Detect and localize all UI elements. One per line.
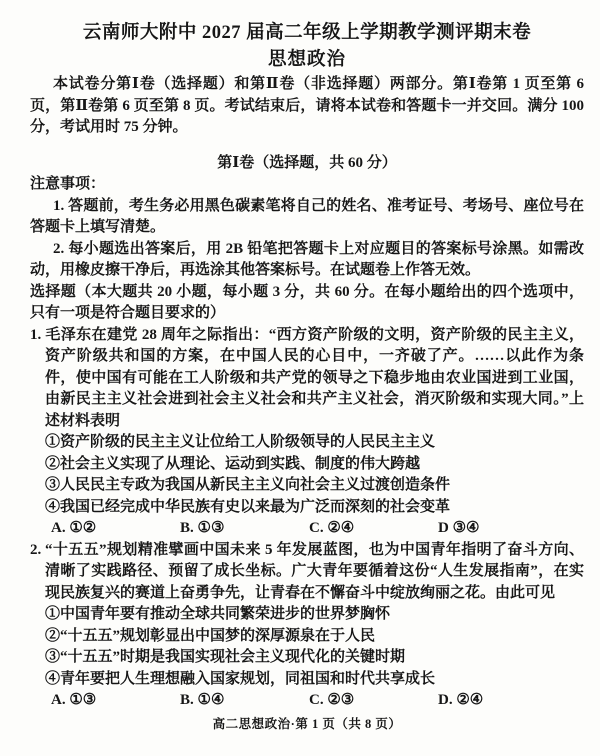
- question-2-number: 2.: [30, 540, 45, 562]
- question-2-statement-3: ③“十五五”时期是我国实现社会主义现代化的关键时期: [45, 647, 584, 669]
- question-2-stem-text: “十五五”规划精准擘画中国未来 5 年发展蓝图，也为中国青年指明了奋斗方向、清晰…: [45, 542, 584, 601]
- question-1: 1.毛泽东在建党 28 周年之际指出：“西方资产阶级的文明，资产阶级的民主主义，…: [30, 325, 584, 540]
- question-2-option-b: B. ①④: [180, 690, 309, 712]
- question-2-statement-2: ②“十五五”规划彰显出中国梦的深厚源泉在于人民: [45, 626, 584, 648]
- question-1-number: 1.: [30, 325, 45, 347]
- question-2-stem: 2.“十五五”规划精准擘画中国未来 5 年发展蓝图，也为中国青年指明了奋斗方向、…: [45, 540, 584, 605]
- question-1-option-a: A. ①②: [51, 518, 180, 540]
- multiple-choice-instruction: 选择题（本大题共 20 小题，每小题 3 分，共 60 分。在每小题给出的四个选…: [30, 282, 584, 325]
- notice-item-2: 2. 每小题选出答案后，用 2B 铅笔把答题卡上对应题目的答案标号涂黑。如需改动…: [30, 239, 584, 282]
- question-1-statement-4: ④我国已经完成中华民族有史以来最为广泛而深刻的社会变革: [45, 497, 584, 519]
- question-1-option-d: D ③④: [438, 518, 479, 540]
- page-footer: 高二思想政治·第 1 页（共 8 页）: [30, 716, 584, 733]
- question-1-option-c: C. ②④: [309, 518, 438, 540]
- exam-page: 云南师大附中 2027 届高二年级上学期教学测评期末卷 思想政治 本试卷分第Ⅰ卷…: [0, 0, 600, 756]
- question-2-statement-4: ④青年要把人生理想融入国家规划，同祖国和时代共享成长: [45, 669, 584, 691]
- question-1-stem: 1.毛泽东在建党 28 周年之际指出：“西方资产阶级的文明，资产阶级的民主主义，…: [45, 325, 584, 433]
- question-2-options: A. ①③ B. ①④ C. ②③ D. ②④: [51, 690, 584, 712]
- question-1-statement-3: ③人民民主专政为我国从新民主主义向社会主义过渡创造条件: [45, 475, 584, 497]
- exam-title: 云南师大附中 2027 届高二年级上学期教学测评期末卷: [30, 20, 584, 47]
- question-2-option-c: C. ②③: [309, 690, 438, 712]
- notice-heading: 注意事项：: [30, 174, 584, 196]
- question-1-option-b: B. ①③: [180, 518, 309, 540]
- question-2-option-a: A. ①③: [51, 690, 180, 712]
- question-1-statement-1: ①资产阶级的民主主义让位给工人阶级领导的人民民主主义: [45, 432, 584, 454]
- exam-intro: 本试卷分第Ⅰ卷（选择题）和第Ⅱ卷（非选择题）两部分。第Ⅰ卷第 1 页至第 6 页…: [30, 74, 584, 139]
- question-1-options: A. ①② B. ①③ C. ②④ D ③④: [51, 518, 584, 540]
- question-1-stem-text: 毛泽东在建党 28 周年之际指出：“西方资产阶级的文明，资产阶级的民主主义，资产…: [45, 327, 584, 429]
- notice-item-1: 1. 答题前，考生务必用黑色碳素笔将自己的姓名、准考证号、考场号、座位号在答题卡…: [30, 196, 584, 239]
- question-2-option-d: D. ②④: [438, 690, 483, 712]
- question-2: 2.“十五五”规划精准擘画中国未来 5 年发展蓝图，也为中国青年指明了奋斗方向、…: [30, 540, 584, 712]
- exam-subject: 思想政治: [30, 47, 584, 74]
- section-1-heading: 第Ⅰ卷（选择题，共 60 分）: [30, 153, 584, 175]
- question-1-statement-2: ②社会主义实现了从理论、运动到实践、制度的伟大跨越: [45, 454, 584, 476]
- question-2-statement-1: ①中国青年要有推动全球共同繁荣进步的世界梦胸怀: [45, 604, 584, 626]
